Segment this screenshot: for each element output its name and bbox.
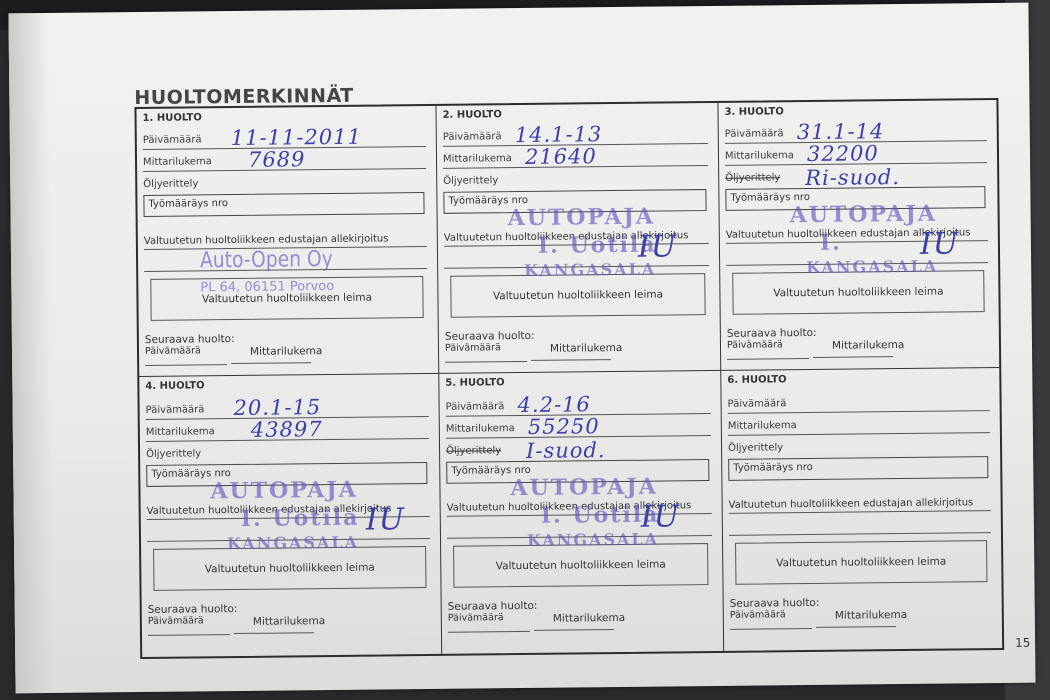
date-field[interactable]: Päivämäärä 31.1-14	[725, 120, 987, 144]
signature-line	[726, 262, 988, 266]
next-odometer-label: Mittarilukema	[835, 609, 907, 622]
next-service-label: Seuraava huolto:	[727, 328, 817, 340]
odometer-label: Mittarilukema	[728, 420, 797, 432]
stamp-box: Valtuutetun huoltoliikkeen leima	[150, 276, 423, 321]
odometer-field[interactable]: Mittarilukema 55250	[446, 415, 711, 439]
stamp-box-label: Valtuutetun huoltoliikkeen leima	[493, 289, 663, 303]
work-order-label: Työmääräys nro	[448, 195, 528, 207]
next-date-label: Päivämäärä	[445, 342, 535, 354]
next-date-line[interactable]	[727, 358, 809, 360]
next-odometer-line[interactable]	[234, 632, 314, 634]
stamp-box: Valtuutetun huoltoliikkeen leima	[732, 270, 984, 315]
next-service: Seuraava huolto: Päivämäärä Mittarilukem…	[445, 331, 535, 354]
next-odometer-label: Mittarilukema	[832, 339, 904, 352]
next-date-line[interactable]	[445, 361, 527, 363]
service-header: 6. HUOLTO	[727, 374, 786, 386]
stamp-box: Valtuutetun huoltoliikkeen leima	[450, 273, 705, 318]
oil-field[interactable]: Öljyerittely	[728, 434, 990, 457]
date-handwritten: 11-11-2011	[231, 125, 362, 150]
next-odometer-line[interactable]	[816, 626, 896, 628]
next-date-line[interactable]	[448, 631, 530, 633]
next-odometer-line[interactable]	[534, 629, 614, 631]
signature-label: Valtuutetun huoltoliikkeen edustajan all…	[144, 233, 389, 247]
work-order-label: Työmääräys nro	[733, 462, 813, 474]
odometer-label: Mittarilukema	[143, 156, 212, 168]
date-field[interactable]: Päivämäärä 4.2-16	[445, 393, 710, 417]
oil-field[interactable]: Öljyerittely Ri-suod.	[725, 164, 987, 187]
odometer-handwritten: 21640	[525, 144, 597, 169]
oil-label: Öljyerittely	[146, 448, 201, 460]
oil-label: Öljyerittely	[443, 175, 498, 187]
signature-handwritten: IU	[638, 229, 678, 264]
next-odometer-label: Mittarilukema	[253, 615, 325, 628]
date-handwritten: 4.2-16	[517, 392, 590, 417]
oil-label: Öljyerittely	[728, 442, 783, 454]
date-label: Päivämäärä	[725, 128, 784, 140]
stamp-box: Valtuutetun huoltoliikkeen leima	[153, 546, 426, 591]
service-header: 2. HUOLTO	[443, 109, 502, 121]
next-odometer-label: Mittarilukema	[550, 342, 622, 355]
signature-label: Valtuutetun huoltoliikkeen edustajan all…	[147, 503, 392, 517]
stamp-box-label: Valtuutetun huoltoliikkeen leima	[776, 556, 946, 570]
service-record-5: 5. HUOLTO Päivämäärä 4.2-16 Mittarilukem…	[439, 371, 724, 654]
stamp-box: Valtuutetun huoltoliikkeen leima	[453, 543, 708, 588]
next-service-label: Seuraava huolto:	[148, 604, 238, 616]
work-order-field[interactable]: Työmääräys nro	[143, 192, 424, 217]
date-label: Päivämäärä	[143, 134, 202, 146]
service-header: 1. HUOLTO	[143, 112, 202, 124]
date-label: Päivämäärä	[728, 398, 787, 410]
odometer-label: Mittarilukema	[725, 150, 794, 162]
next-service: Seuraava huolto: Päivämäärä Mittarilukem…	[448, 601, 538, 624]
signature-line	[147, 538, 430, 542]
work-order-label: Työmääräys nro	[730, 192, 810, 204]
odometer-label: Mittarilukema	[443, 153, 512, 165]
date-label: Päivämäärä	[446, 401, 505, 413]
date-field[interactable]: Päivämäärä 14.1-13	[443, 123, 708, 147]
signature-line	[729, 532, 991, 536]
service-header: 3. HUOLTO	[724, 106, 783, 118]
date-field[interactable]: Päivämäärä	[727, 390, 989, 414]
work-order-label: Työmääräys nro	[148, 198, 228, 210]
oil-label: Öljyerittely	[446, 445, 501, 457]
odometer-handwritten: 7689	[248, 147, 306, 172]
next-date-label: Päivämäärä	[448, 612, 538, 624]
oil-note-handwritten: I-suod.	[526, 438, 606, 463]
next-service-label: Seuraava huolto:	[445, 331, 535, 343]
oil-field[interactable]: Öljyerittely	[146, 440, 429, 463]
service-record-4: 4. HUOLTO Päivämäärä 20.1-15 Mittariluke…	[139, 374, 442, 657]
odometer-handwritten: 32200	[807, 141, 879, 166]
next-service: Seuraava huolto: Päivämäärä Mittarilukem…	[145, 334, 235, 357]
next-odometer-line[interactable]	[531, 359, 611, 361]
next-service: Seuraava huolto: Päivämäärä Mittarilukem…	[730, 598, 820, 621]
next-odometer-line[interactable]	[231, 362, 311, 364]
signature-line	[144, 268, 427, 272]
signature-field[interactable]: Valtuutetun huoltoliikkeen edustajan all…	[144, 228, 427, 250]
next-date-label: Päivämäärä	[148, 615, 238, 627]
signature-line	[444, 265, 709, 269]
stamp-box-label: Valtuutetun huoltoliikkeen leima	[205, 562, 375, 576]
signature-label: Valtuutetun huoltoliikkeen edustajan all…	[729, 497, 974, 511]
work-order-field[interactable]: Työmääräys nro	[146, 462, 427, 487]
next-service: Seuraava huolto: Päivämäärä Mittarilukem…	[148, 604, 238, 627]
signature-handwritten: IU	[920, 226, 960, 261]
page-number: 15	[1015, 636, 1030, 650]
odometer-field[interactable]: Mittarilukema 32200	[725, 142, 987, 166]
work-order-field[interactable]: Työmääräys nro	[725, 186, 985, 211]
next-service-label: Seuraava huolto:	[730, 598, 820, 610]
work-order-field[interactable]: Työmääräys nro	[443, 189, 706, 214]
next-date-line[interactable]	[730, 628, 812, 630]
work-order-label: Työmääräys nro	[451, 465, 531, 477]
next-odometer-line[interactable]	[813, 356, 893, 358]
odometer-label: Mittarilukema	[146, 426, 215, 438]
oil-field[interactable]: Öljyerittely I-suod.	[446, 437, 711, 460]
oil-label: Öljyerittely	[725, 172, 780, 184]
signature-line	[447, 535, 712, 539]
odometer-field[interactable]: Mittarilukema 7689	[143, 148, 426, 172]
work-order-label: Työmääräys nro	[151, 468, 231, 480]
next-service-label: Seuraava huolto:	[145, 334, 235, 346]
odometer-label: Mittarilukema	[446, 423, 515, 435]
next-service-label: Seuraava huolto:	[448, 601, 538, 613]
signature-handwritten: IU	[641, 499, 681, 534]
page-fold-shadow	[8, 13, 55, 693]
next-date-line[interactable]	[145, 364, 227, 366]
oil-field[interactable]: Öljyerittely	[143, 170, 426, 193]
service-record-3: 3. HUOLTO Päivämäärä 31.1-14 Mittariluke…	[718, 100, 999, 371]
oil-label: Öljyerittely	[143, 178, 198, 190]
oil-field[interactable]: Öljyerittely	[443, 167, 708, 190]
service-record-6: 6. HUOLTO Päivämäärä Mittarilukema Öljye…	[721, 368, 1002, 651]
service-record-1: 1. HUOLTO Päivämäärä 11-11-2011 Mittaril…	[136, 106, 439, 377]
service-booklet-page: HUOLTOMERKINNÄT 1. HUOLTO Päivämäärä 11-…	[8, 3, 1035, 694]
date-field[interactable]: Päivämäärä 11-11-2011	[143, 126, 426, 150]
signature-field[interactable]: Valtuutetun huoltoliikkeen edustajan all…	[729, 492, 991, 514]
stamp-box-label: Valtuutetun huoltoliikkeen leima	[496, 559, 666, 573]
odometer-field[interactable]: Mittarilukema 43897	[146, 418, 429, 442]
odometer-handwritten: 43897	[251, 417, 323, 442]
service-record-2: 2. HUOLTO Päivämäärä 14.1-13 Mittariluke…	[436, 103, 721, 374]
service-header: 5. HUOLTO	[445, 377, 504, 389]
next-service: Seuraava huolto: Päivämäärä Mittarilukem…	[727, 328, 817, 351]
work-order-field[interactable]: Työmääräys nro	[728, 456, 988, 481]
odometer-field[interactable]: Mittarilukema 21640	[443, 145, 708, 169]
service-header: 4. HUOLTO	[145, 380, 204, 392]
next-date-label: Päivämäärä	[730, 609, 820, 621]
next-odometer-label: Mittarilukema	[553, 612, 625, 625]
odometer-handwritten: 55250	[528, 414, 600, 439]
date-label: Päivämäärä	[146, 404, 205, 416]
service-records-grid: 1. HUOLTO Päivämäärä 11-11-2011 Mittaril…	[134, 98, 1004, 659]
next-date-label: Päivämäärä	[145, 345, 235, 357]
stamp-box-label: Valtuutetun huoltoliikkeen leima	[202, 292, 372, 306]
date-field[interactable]: Päivämäärä 20.1-15	[146, 396, 429, 420]
next-date-line[interactable]	[148, 634, 230, 636]
next-date-label: Päivämäärä	[727, 339, 817, 351]
odometer-field[interactable]: Mittarilukema	[728, 412, 990, 436]
date-label: Päivämäärä	[443, 131, 502, 143]
signature-handwritten: IU	[366, 502, 406, 537]
next-odometer-label: Mittarilukema	[250, 345, 322, 358]
stamp-box-label: Valtuutetun huoltoliikkeen leima	[773, 286, 943, 300]
work-order-field[interactable]: Työmääräys nro	[446, 459, 709, 484]
stamp-box: Valtuutetun huoltoliikkeen leima	[735, 540, 987, 585]
